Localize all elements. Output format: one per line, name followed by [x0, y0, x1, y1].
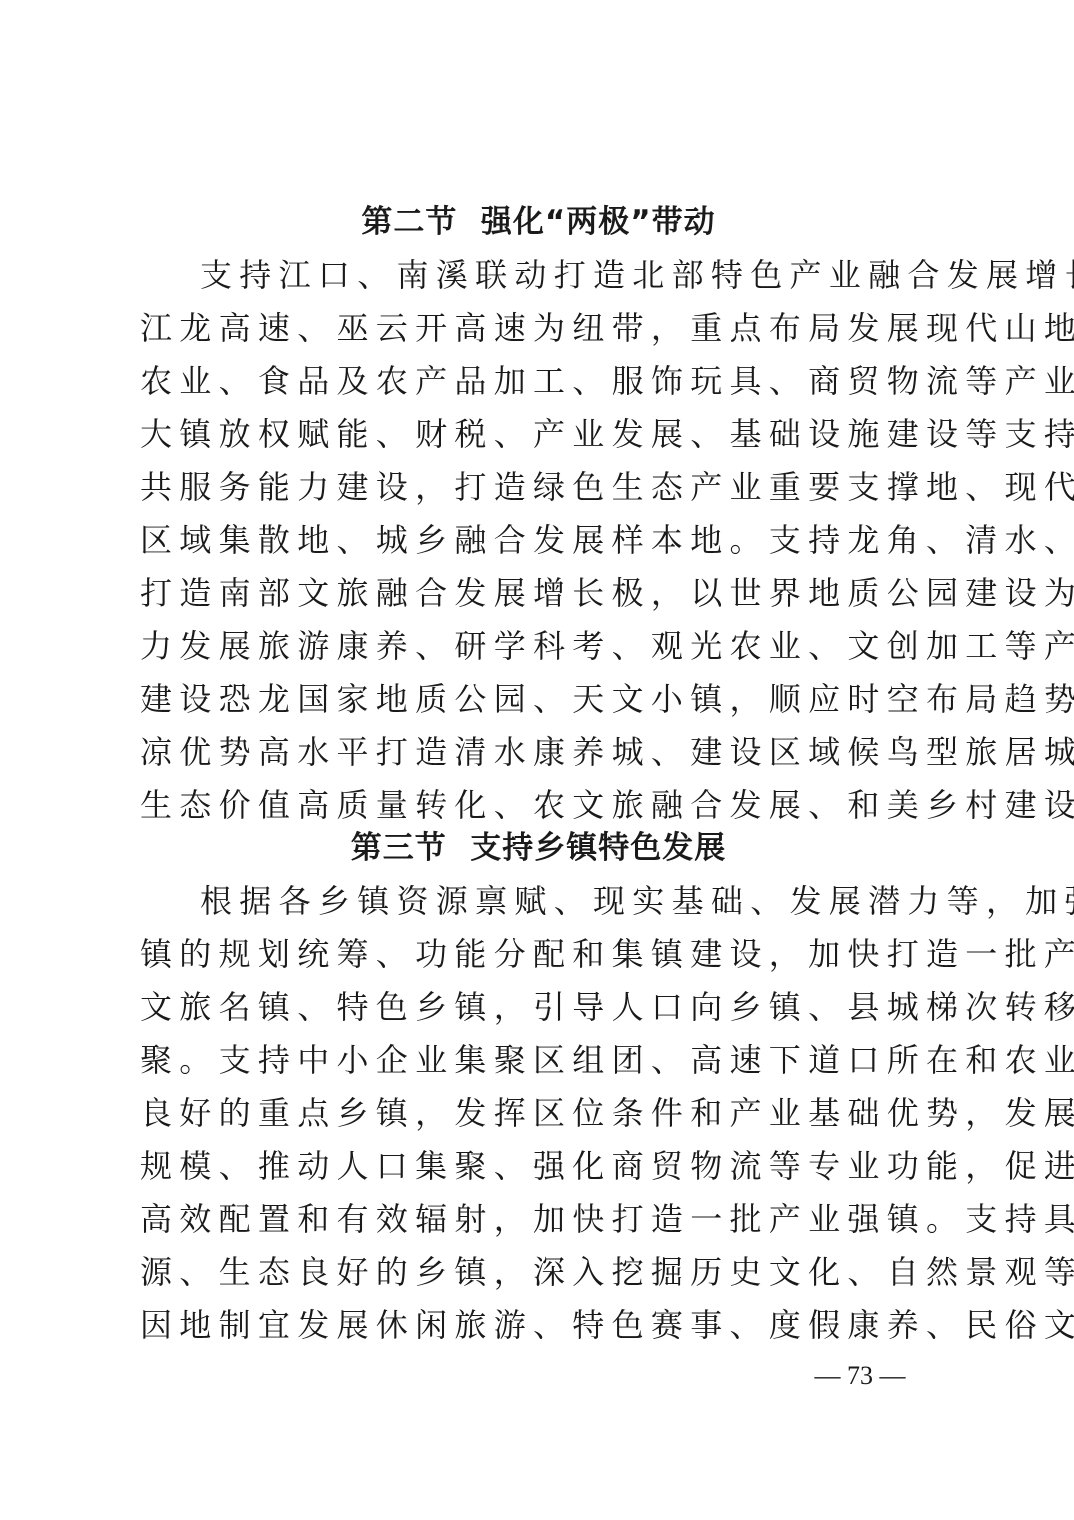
paragraph-line: 良好的重点乡镇，发挥区位条件和产业基础优势，发展壮大产业	[140, 1093, 940, 1133]
paragraph-line: 镇的规划统筹、功能分配和集镇建设，加快打造一批产业强镇、	[140, 934, 940, 974]
paragraph-line: 聚。支持中小企业集聚区组团、高速下道口所在和农业资源禀赋	[140, 1040, 940, 1080]
paragraph-line: 凉优势高水平打造清水康养城、建设区域候鸟型旅居城镇，打造	[140, 732, 940, 772]
paragraph-line: 江龙高速、巫云开高速为纽带，重点布局发展现代山地特色高效	[140, 308, 940, 348]
paragraph-line: 建设恐龙国家地质公园、天文小镇，顺应时空布局趋势、高山纳	[140, 679, 940, 719]
paragraph-line: 农业、食品及农产品加工、服饰玩具、商贸物流等产业，给予特	[140, 361, 940, 401]
paragraph-line: 共服务能力建设，打造绿色生态产业重要支撑地、现代商贸物流	[140, 467, 940, 507]
document-page: 第二节 强化“两极”带动 支持江口、南溪联动打造北部特色产业融合发展增长极，以 …	[0, 0, 1074, 1520]
paragraph-line: 大镇放权赋能、财税、产业发展、基础设施建设等支持，加强公	[140, 414, 940, 454]
page-number: — 73 —	[800, 1358, 920, 1394]
paragraph-line: 生态价值高质量转化、农文旅融合发展、和美乡村建设新范例。	[140, 785, 940, 825]
section-heading: 第二节 强化“两极”带动	[140, 202, 937, 242]
paragraph-line: 支持江口、南溪联动打造北部特色产业融合发展增长极，以	[200, 255, 1000, 295]
paragraph-line: 打造南部文旅融合发展增长极，以世界地质公园建设为牵引，大	[140, 573, 940, 613]
paragraph-line: 区域集散地、城乡融合发展样本地。支持龙角、清水、普安联动	[140, 520, 940, 560]
paragraph-line: 高效配置和有效辐射，加快打造一批产业强镇。支持具有独特资	[140, 1199, 940, 1239]
paragraph-line: 源、生态良好的乡镇，深入挖掘历史文化、自然景观等特色资源，	[140, 1252, 940, 1292]
paragraph-line: 文旅名镇、特色乡镇，引导人口向乡镇、县城梯次转移，有序集	[140, 987, 940, 1027]
paragraph-line: 力发展旅游康养、研学科考、观光农业、文创加工等产业，提质	[140, 626, 940, 666]
paragraph-line: 规模、推动人口集聚、强化商贸物流等专业功能，促进服务资源	[140, 1146, 940, 1186]
paragraph-line: 根据各乡镇资源禀赋、现实基础、发展潜力等，加强对重点	[200, 881, 1000, 921]
section-heading: 第三节 支持乡镇特色发展	[140, 828, 937, 868]
paragraph-line: 因地制宜发展休闲旅游、特色赛事、度假康养、民俗文化传承等	[140, 1305, 940, 1345]
